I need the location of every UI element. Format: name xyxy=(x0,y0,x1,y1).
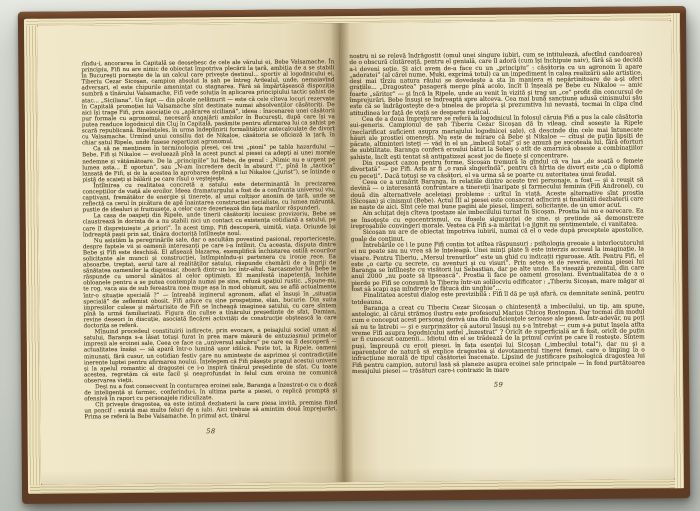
page-number-left: 58 xyxy=(84,426,337,436)
photo-background: rîndu-i, ancorarea în Capitală se deoseb… xyxy=(0,0,700,511)
paragraph: nostru ni se relevă îndrăgostit (omul un… xyxy=(349,51,643,117)
paragraph: Baranga a creat cu Tiberiu Cezar Sicoșan… xyxy=(351,303,645,375)
paragraph: Întîlnirea cu realitatea concretă a satu… xyxy=(82,181,335,214)
right-page-text: nostru ni se relevă îndrăgostit (omul un… xyxy=(349,51,645,390)
right-page: nostru ni se relevă îndrăgostit (omul un… xyxy=(339,20,675,482)
paragraph: Mînuind procedeul constituirii indirecte… xyxy=(84,327,337,384)
book: rîndu-i, ancorarea în Capitală se deoseb… xyxy=(18,6,690,504)
paragraph: Ceea ce a urmărit Baranga, în relațiile … xyxy=(350,177,643,211)
right-page-shade xyxy=(343,465,675,482)
open-spread: rîndu-i, ancorarea în Capitală se deoseb… xyxy=(37,20,675,485)
paragraph: Cea de a doua împrejurare se referă la l… xyxy=(350,114,643,161)
paragraph: Din respect cazon pentru forme, Sicoșan … xyxy=(350,159,643,180)
left-page-text: rîndu-i, ancorarea în Capitală se deoseb… xyxy=(81,59,337,436)
paragraph: Cît privește dragostea, ea este intimă d… xyxy=(84,400,337,420)
paragraph: rîndu-i, ancorarea în Capitală se deoseb… xyxy=(81,59,335,147)
paragraph: Nu asistăm la peregrinările sale, dar o … xyxy=(83,236,337,330)
paragraph: Întrebările ce i le pune Fifi conțin tot… xyxy=(351,240,644,293)
paragraph: La casa de oaspeți din Ripele, unde tine… xyxy=(83,212,336,239)
paragraph: Ca să ne menținem în terminologia piesei… xyxy=(82,144,335,183)
left-page: rîndu-i, ancorarea în Capitală se deoseb… xyxy=(37,23,343,485)
left-page-shade xyxy=(41,468,343,485)
page-number-right: 59 xyxy=(352,380,645,391)
